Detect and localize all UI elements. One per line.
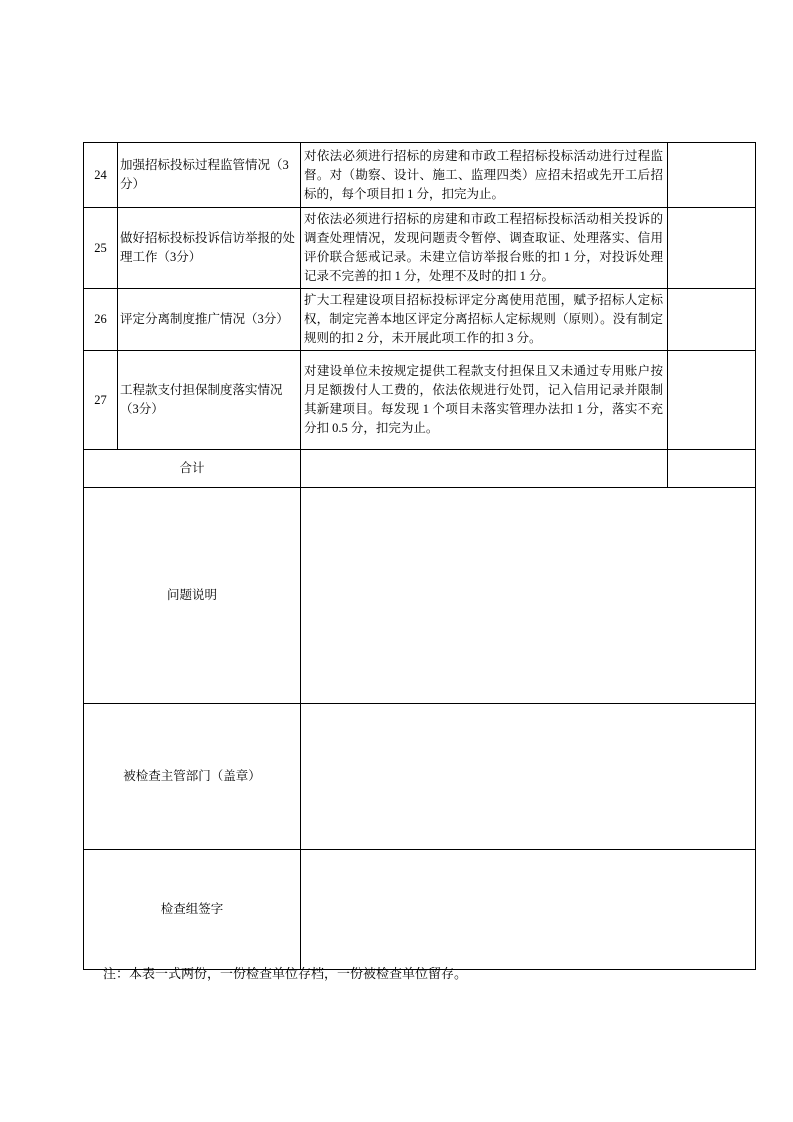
table-row: 27 工程款支付担保制度落实情况（3分） 对建设单位未按规定提供工程款支付担保且…: [84, 351, 756, 450]
total-criteria-cell[interactable]: [301, 450, 668, 488]
signature-area[interactable]: [301, 850, 756, 970]
score-cell[interactable]: [668, 143, 756, 208]
document-page: 24 加强招标投标过程监管情况（3分） 对依法必须进行招标的房建和市政工程招标投…: [0, 0, 793, 1122]
issues-label-cell: 问题说明: [84, 488, 301, 704]
scoring-criteria-cell: 扩大工程建设项目招标投标评定分离使用范围，赋予招标人定标权，制定完善本地区评定分…: [301, 289, 668, 351]
inspection-score-table: 24 加强招标投标过程监管情况（3分） 对依法必须进行招标的房建和市政工程招标投…: [83, 142, 756, 970]
scoring-criteria-cell: 对建设单位未按规定提供工程款支付担保且又未通过专用账户按月足额拨付人工费的，依法…: [301, 351, 668, 450]
score-cell[interactable]: [668, 289, 756, 351]
row-number-cell: 25: [84, 208, 118, 289]
score-cell[interactable]: [668, 208, 756, 289]
signature-row: 检查组签字: [84, 850, 756, 970]
issues-content-cell[interactable]: [301, 488, 756, 704]
department-stamp-area[interactable]: [301, 704, 756, 850]
item-name-cell: 工程款支付担保制度落实情况（3分）: [118, 351, 301, 450]
total-score-cell[interactable]: [668, 450, 756, 488]
score-cell[interactable]: [668, 351, 756, 450]
row-number-cell: 27: [84, 351, 118, 450]
footnote: 注：本表一式两份，一份检查单位存档，一份被检查单位留存。: [103, 966, 467, 982]
issues-row: 问题说明: [84, 488, 756, 704]
item-name-cell: 评定分离制度推广情况（3分）: [118, 289, 301, 351]
item-name-cell: 做好招标投标投诉信访举报的处理工作（3分）: [118, 208, 301, 289]
table-row: 26 评定分离制度推广情况（3分） 扩大工程建设项目招标投标评定分离使用范围，赋…: [84, 289, 756, 351]
total-row: 合计: [84, 450, 756, 488]
total-label-cell: 合计: [84, 450, 301, 488]
row-number-cell: 26: [84, 289, 118, 351]
signature-label-cell: 检查组签字: [84, 850, 301, 970]
table-row: 24 加强招标投标过程监管情况（3分） 对依法必须进行招标的房建和市政工程招标投…: [84, 143, 756, 208]
scoring-criteria-cell: 对依法必须进行招标的房建和市政工程招标投标活动相关投诉的调查处理情况，发现问题责…: [301, 208, 668, 289]
department-stamp-label-cell: 被检查主管部门（盖章）: [84, 704, 301, 850]
row-number-cell: 24: [84, 143, 118, 208]
table-row: 25 做好招标投标投诉信访举报的处理工作（3分） 对依法必须进行招标的房建和市政…: [84, 208, 756, 289]
scoring-criteria-cell: 对依法必须进行招标的房建和市政工程招标投标活动进行过程监督。对（勘察、设计、施工…: [301, 143, 668, 208]
department-row: 被检查主管部门（盖章）: [84, 704, 756, 850]
item-name-cell: 加强招标投标过程监管情况（3分）: [118, 143, 301, 208]
